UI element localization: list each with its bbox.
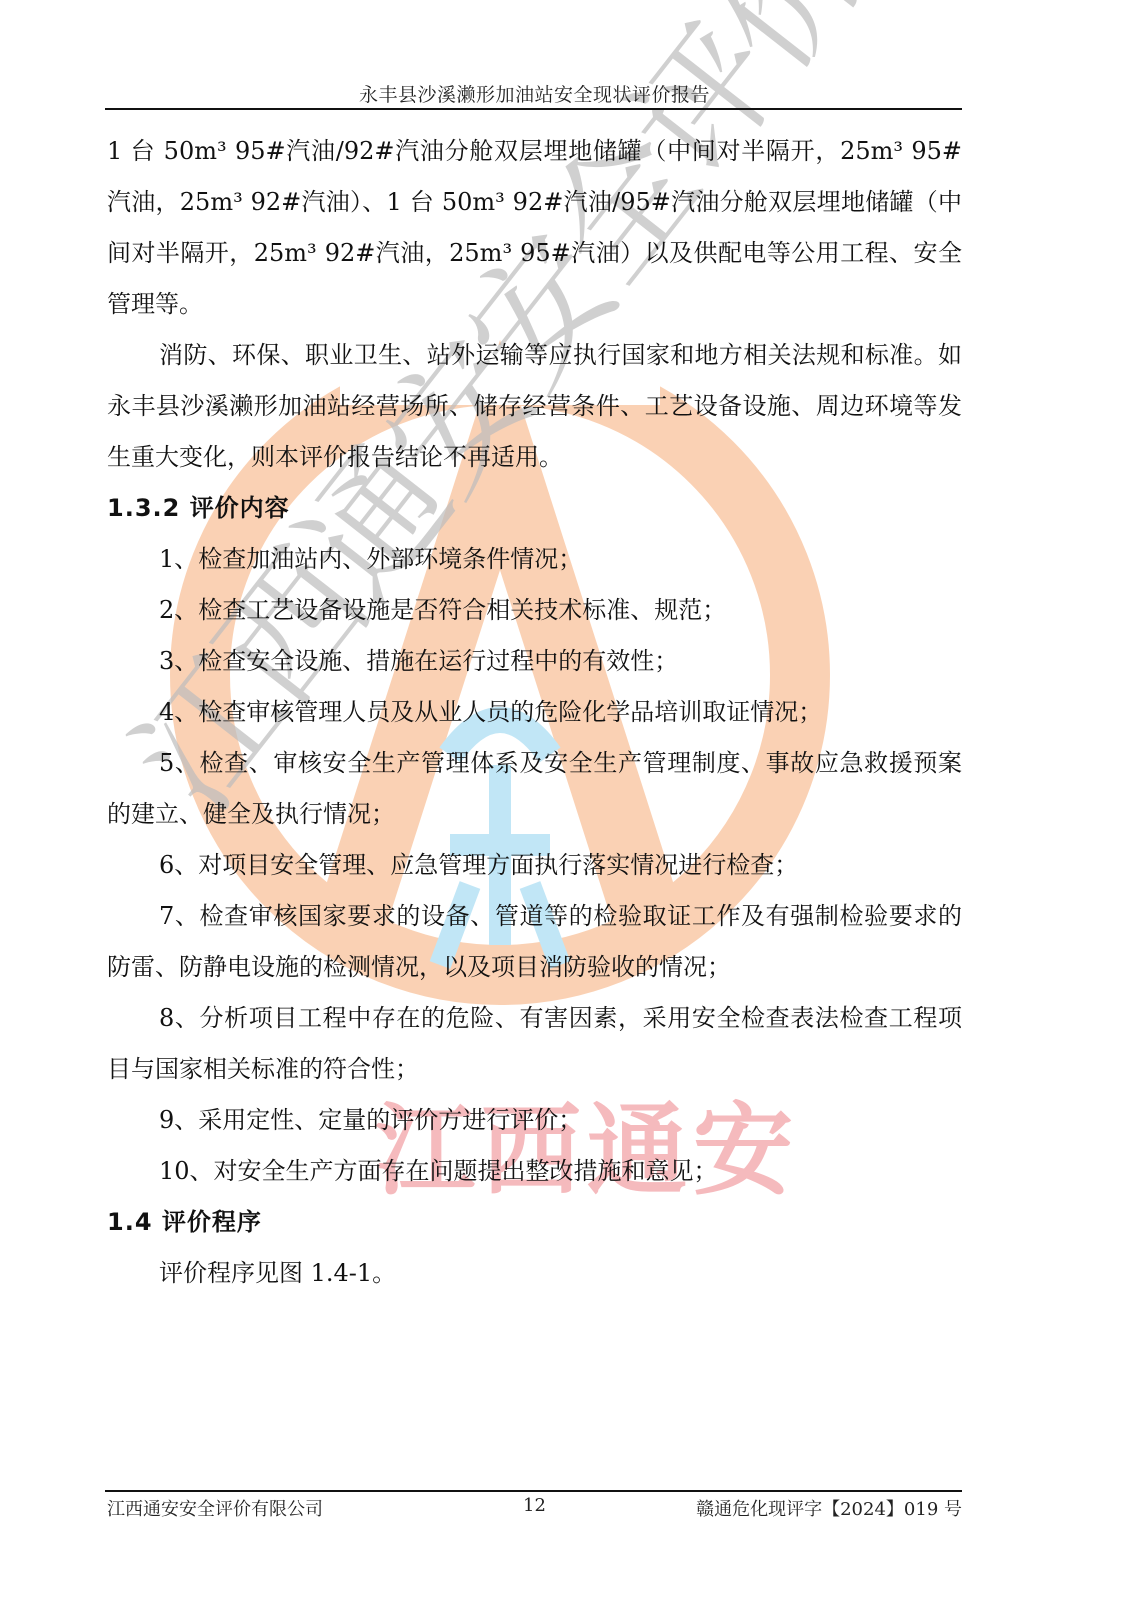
section-heading-evaluation-content: 1.3.2 评价内容 — [107, 483, 962, 534]
paragraph-storage-tanks: 1 台 50m³ 95#汽油/92#汽油分舱双层埋地储罐（中间对半隔开，25m³… — [107, 126, 962, 330]
list-item: 3、检查安全设施、措施在运行过程中的有效性； — [107, 636, 962, 687]
report-header-title: 永丰县沙溪濑形加油站安全现状评价报告 — [107, 80, 962, 107]
list-item: 6、对项目安全管理、应急管理方面执行落实情况进行检查； — [107, 840, 962, 891]
list-item: 8、分析项目工程中存在的危险、有害因素，采用安全检查表法检查工程项目与国家相关标… — [107, 993, 962, 1095]
page-footer: 江西通安安全评价有限公司 12 赣通危化现评字【2024】019 号 — [107, 1495, 962, 1521]
list-item: 2、检查工艺设备设施是否符合相关技术标准、规范； — [107, 585, 962, 636]
list-item: 9、采用定性、定量的评价方进行评价； — [107, 1095, 962, 1146]
header-divider — [105, 108, 962, 110]
document-body: 1 台 50m³ 95#汽油/92#汽油分舱双层埋地储罐（中间对半隔开，25m³… — [107, 126, 962, 1299]
footer-divider — [105, 1490, 962, 1492]
list-item: 1、检查加油站内、外部环境条件情况； — [107, 534, 962, 585]
list-item: 10、对安全生产方面存在问题提出整改措施和意见； — [107, 1146, 962, 1197]
list-item: 4、检查审核管理人员及从业人员的危险化学品培训取证情况； — [107, 687, 962, 738]
list-item: 7、检查审核国家要求的设备、管道等的检验取证工作及有强制检验要求的防雷、防静电设… — [107, 891, 962, 993]
section-heading-evaluation-procedure: 1.4 评价程序 — [107, 1197, 962, 1248]
document-number: 赣通危化现评字【2024】019 号 — [696, 1495, 962, 1521]
paragraph-applicability: 消防、环保、职业卫生、站外运输等应执行国家和地方相关法规和标准。如永丰县沙溪濑形… — [107, 330, 962, 483]
document-page: 江西通安 江西通安安全评价有限公司 永丰县沙溪濑形加油站安全现状评价报告 1 台… — [0, 0, 1131, 1600]
paragraph-procedure-reference: 评价程序见图 1.4-1。 — [107, 1248, 962, 1299]
list-item: 5、检查、审核安全生产管理体系及安全生产管理制度、事故应急救援预案的建立、健全及… — [107, 738, 962, 840]
